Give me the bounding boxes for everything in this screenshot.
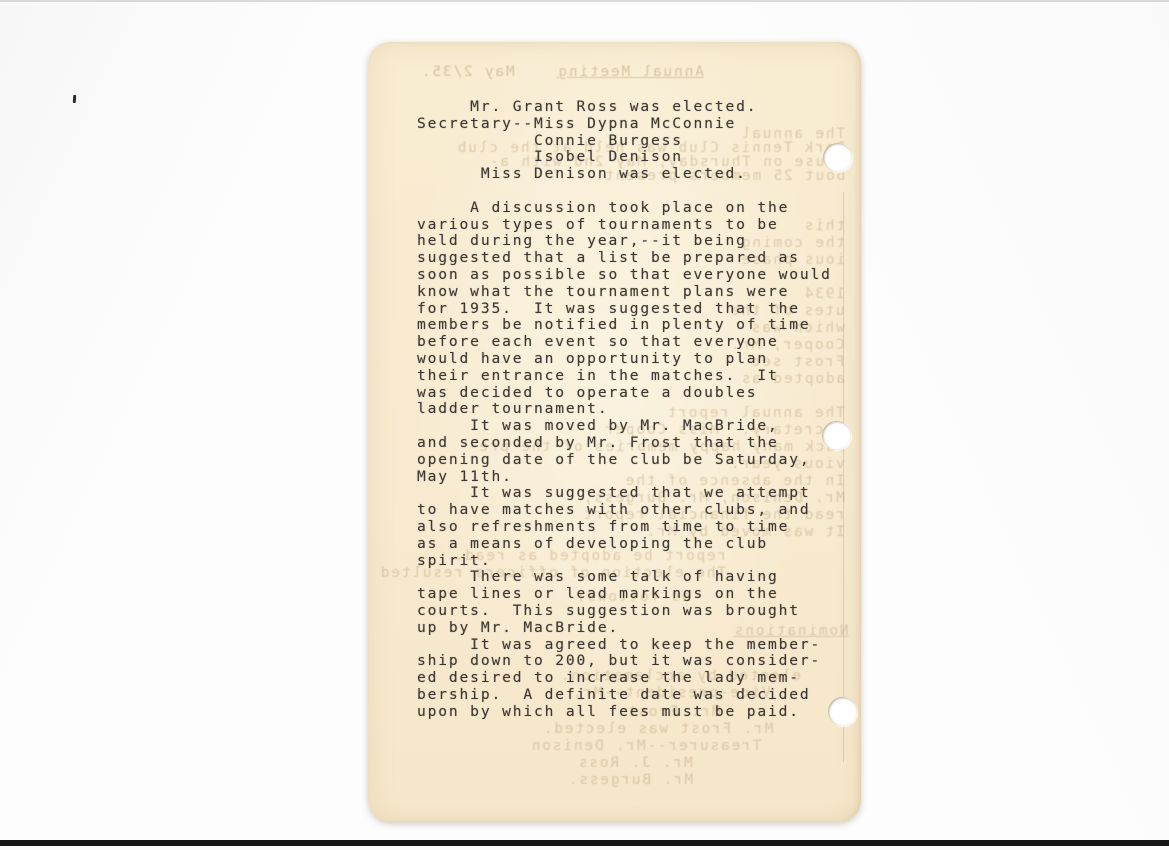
- bleed-through-date: May 2/35.: [420, 64, 515, 80]
- bleed-through-line: Mr. Frost was elected.: [542, 721, 773, 737]
- punch-hole-bottom: [828, 697, 857, 726]
- stray-pen-mark: [73, 95, 77, 103]
- paper-crease-line: [843, 192, 844, 762]
- bleed-through-title: Annual Meeting May 2/35.: [420, 64, 704, 80]
- punch-hole-middle: [822, 421, 851, 450]
- typewritten-body-text: Mr. Grant Ross was elected. Secretary--M…: [417, 99, 832, 720]
- punch-hole-top: [823, 143, 852, 172]
- scanner-edge-bar: [0, 840, 1169, 846]
- bleed-through-line: Treasurer--Mr. Denison: [530, 738, 761, 754]
- bleed-through-heading: Annual Meeting: [557, 64, 704, 80]
- bleed-through-line: Mr. Burgess.: [567, 772, 693, 788]
- scan-top-edge-line: [0, 0, 1169, 2]
- document-page: Annual Meeting May 2/35. The annualPark …: [368, 42, 861, 822]
- bleed-through-line: Mr. J. Ross: [577, 755, 693, 771]
